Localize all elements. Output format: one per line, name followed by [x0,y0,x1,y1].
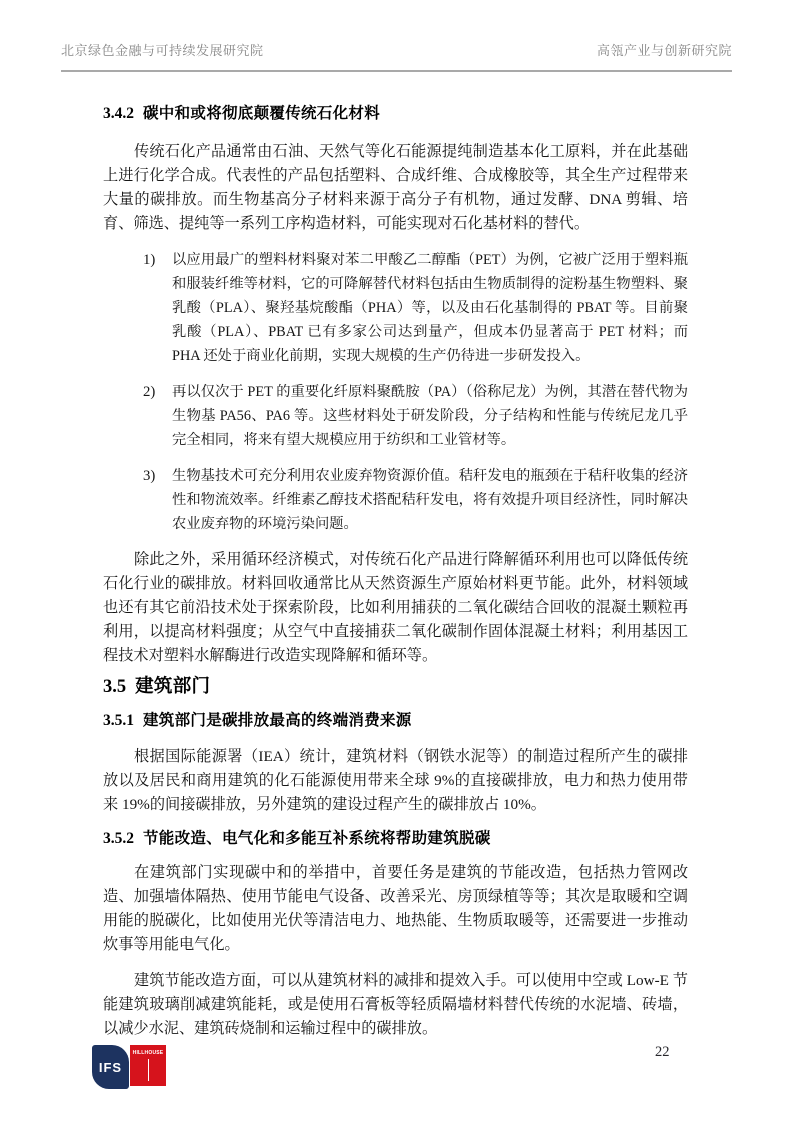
section-title: 碳中和或将彻底颠覆传统石化材料 [143,105,380,122]
numbered-list: 1) 以应用最广的塑料材料聚对苯二甲酸乙二醇酯（PET）为例，它被广泛用于塑料瓶… [103,248,688,536]
paragraph-circular-economy: 除此之外，采用循环经济模式，对传统石化产品进行降解循环利用也可以降低传统石化行业… [103,548,688,668]
section-number: 3.5 [103,677,126,697]
header-right-org: 高瓴产业与创新研究院 [597,40,732,59]
list-item: 3) 生物基技术可充分利用农业废弃物资源价值。秸秆发电的瓶颈在于秸秆收集的经济性… [143,464,688,536]
list-item: 1) 以应用最广的塑料材料聚对苯二甲酸乙二醇酯（PET）为例，它被广泛用于塑料瓶… [143,248,688,368]
ifs-logo: IFS [92,1045,129,1089]
hillhouse-logo-line [148,1059,149,1081]
section-number: 3.5.1 [103,712,134,729]
list-item-marker: 2) [143,380,172,452]
list-item-marker: 3) [143,464,172,536]
section-number: 3.4.2 [103,105,134,122]
list-item-text: 以应用最广的塑料材料聚对苯二甲酸乙二醇酯（PET）为例，它被广泛用于塑料瓶和服装… [172,248,688,368]
section-heading-351: 3.5.1建筑部门是碳排放最高的终端消费来源 [103,711,688,731]
hillhouse-logo: HILLHOUSE [130,1045,166,1086]
ifs-logo-label: IFS [99,1060,122,1075]
page-header: 北京绿色金融与可持续发展研究院 高瓴产业与创新研究院 [61,40,732,72]
section-heading-35: 3.5建筑部门 [103,674,688,699]
page-number: 22 [655,1044,670,1061]
paragraph-building-measures: 在建筑部门实现碳中和的举措中，首要任务是建筑的节能改造，包括热力管网改造、加强墙… [103,861,688,957]
section-heading-352: 3.5.2节能改造、电气化和多能互补系统将帮助建筑脱碳 [103,829,688,849]
section-title: 建筑部门是碳排放最高的终端消费来源 [143,712,412,729]
page: 北京绿色金融与可持续发展研究院 高瓴产业与创新研究院 3.4.2碳中和或将彻底颠… [0,0,793,1122]
list-item-marker: 1) [143,248,172,368]
header-divider [61,70,732,72]
paragraph-petrochemical-intro: 传统石化产品通常由石油、天然气等化石能源提纯制造基本化工原料，并在此基础上进行化… [103,140,688,236]
list-item: 2) 再以仅次于 PET 的重要化纤原料聚酰胺（PA）（俗称尼龙）为例，其潜在替… [143,380,688,452]
list-item-text: 再以仅次于 PET 的重要化纤原料聚酰胺（PA）（俗称尼龙）为例，其潜在替代物为… [172,380,688,452]
list-item-text: 生物基技术可充分利用农业废弃物资源价值。秸秆发电的瓶颈在于秸秆收集的经济性和物流… [172,464,688,536]
section-title: 节能改造、电气化和多能互补系统将帮助建筑脱碳 [143,830,491,847]
paragraph-building-retrofit: 建筑节能改造方面，可以从建筑材料的减排和提效入手。可以使用中空或 Low-E 节… [103,969,688,1041]
hillhouse-logo-label: HILLHOUSE [133,1050,164,1056]
section-heading-342: 3.4.2碳中和或将彻底颠覆传统石化材料 [103,104,688,124]
header-left-org: 北京绿色金融与可持续发展研究院 [61,40,264,59]
paragraph-building-emissions: 根据国际能源署（IEA）统计，建筑材料（钢铁水泥等）的制造过程所产生的碳排放以及… [103,745,688,817]
section-number: 3.5.2 [103,830,134,847]
section-title: 建筑部门 [135,675,210,696]
document-body: 3.4.2碳中和或将彻底颠覆传统石化材料 传统石化产品通常由石油、天然气等化石能… [103,96,688,1053]
